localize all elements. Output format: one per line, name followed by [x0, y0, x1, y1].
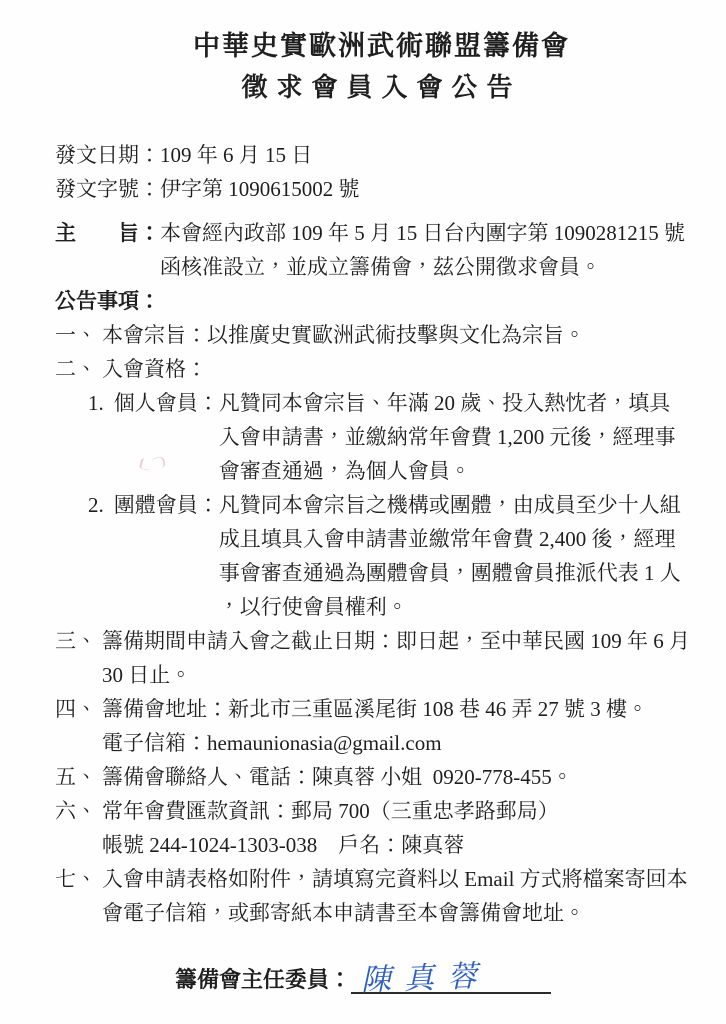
subitem-1-individual-member: 1. 個人會員： 凡贊同本會宗旨、年滿 20 歲、投入熱忱者，填具 入會申請書，… — [88, 386, 708, 488]
item-marker: 二、 — [55, 352, 102, 386]
item-text: 籌備期間申請入會之截止日期：即日起，至中華民國 109 年 6 月 30 日止。 — [102, 624, 690, 692]
item-marker: 五、 — [55, 760, 102, 794]
item-text: 常年會費匯款資訊：郵局 700（三重忠孝路郵局） 帳號 244-1024-130… — [102, 794, 559, 862]
item-marker: 一、 — [55, 318, 102, 352]
subitem-text: 凡贊同本會宗旨、年滿 20 歲、投入熱忱者，填具 入會申請書，並繳納常年會費 1… — [219, 386, 676, 488]
item-marker: 七、 — [55, 862, 102, 896]
item-1-purpose: 一、 本會宗旨：以推廣史實歐洲武術技擊與文化為宗旨。 — [55, 318, 708, 352]
scanned-announcement-page: 中華史實歐洲武術聯盟籌備會 徵求會員入會公告 發文日期：109 年 6 月 15… — [0, 0, 726, 1024]
item-3-deadline: 三、 籌備期間申請入會之截止日期：即日起，至中華民國 109 年 6 月 30 … — [55, 624, 708, 692]
subitem-label: 個人會員： — [114, 386, 219, 420]
item-marker: 四、 — [55, 692, 102, 726]
subject-text: 本會經內政部 109 年 5 月 15 日台內團字第 1090281215 號 … — [160, 216, 685, 284]
signature-label: 籌備會主任委員： — [175, 962, 351, 998]
item-text: 本會宗旨：以推廣史實歐洲武術技擊與文化為宗旨。 — [102, 318, 585, 352]
item-text: 入會資格： — [102, 352, 207, 386]
subitem-marker: 1. — [88, 386, 114, 420]
subitem-text: 凡贊同本會宗旨之機構或團體，由成員至少十人組 成且填具入會申請書並繳常年會費 2… — [219, 488, 681, 624]
document-subtitle: 徵求會員入會公告 — [55, 68, 708, 108]
subject-row: 主 旨： 本會經內政部 109 年 5 月 15 日台內團字第 10902812… — [55, 216, 708, 284]
item-7-application-form: 七、 入會申請表格如附件，請填寫完資料以 Email 方式將檔案寄回本 會電子信… — [55, 862, 708, 930]
subject-label: 主 旨： — [55, 216, 160, 250]
issue-number: 發文字號：伊字第 1090615002 號 — [55, 172, 708, 206]
document-meta: 發文日期：109 年 6 月 15 日 發文字號：伊字第 1090615002 … — [55, 138, 708, 206]
subitem-label: 團體會員： — [114, 488, 219, 522]
handwritten-signature: 陳真蓉 — [360, 960, 490, 998]
item-text: 籌備會聯絡人、電話：陳真蓉 小姐 0920-778-455。 — [102, 760, 573, 794]
item-6-payment-info: 六、 常年會費匯款資訊：郵局 700（三重忠孝路郵局） 帳號 244-1024-… — [55, 794, 708, 862]
item-2-eligibility: 二、 入會資格： — [55, 352, 708, 386]
document-title: 中華史實歐洲武術聯盟籌備會 — [55, 26, 708, 66]
item-5-contact-phone: 五、 籌備會聯絡人、電話：陳真蓉 小姐 0920-778-455。 — [55, 760, 708, 794]
item-marker: 三、 — [55, 624, 102, 658]
item-text: 籌備會地址：新北市三重區溪尾街 108 巷 46 弄 27 號 3 樓。 電子信… — [102, 692, 648, 760]
subitem-2-group-member: 2. 團體會員： 凡贊同本會宗旨之機構或團體，由成員至少十人組 成且填具入會申請… — [88, 488, 708, 624]
item-marker: 六、 — [55, 794, 102, 828]
signature-row: 籌備會主任委員： 陳真蓉 — [55, 958, 708, 998]
item-4-address-email: 四、 籌備會地址：新北市三重區溪尾街 108 巷 46 弄 27 號 3 樓。 … — [55, 692, 708, 760]
subitem-marker: 2. — [88, 488, 114, 522]
signature-underline: 陳真蓉 — [351, 958, 551, 994]
issue-date: 發文日期：109 年 6 月 15 日 — [55, 138, 708, 172]
item-text: 入會申請表格如附件，請填寫完資料以 Email 方式將檔案寄回本 會電子信箱，或… — [102, 862, 688, 930]
announcement-header: 公告事項： — [55, 284, 708, 318]
